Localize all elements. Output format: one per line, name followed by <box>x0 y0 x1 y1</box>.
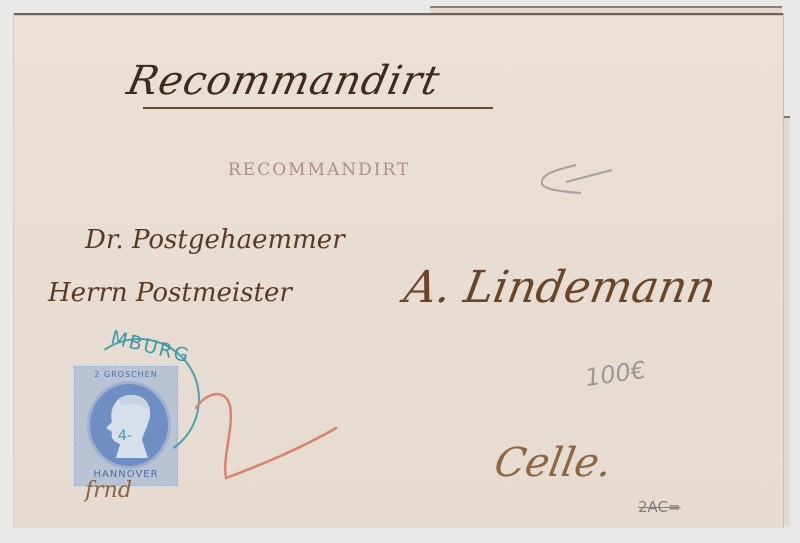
cover-right-flap <box>783 116 790 526</box>
address-line-1: Dr. Postgehaemmer <box>85 225 345 255</box>
postmark-date: 4- <box>118 428 132 444</box>
destination-city: Celle. <box>491 440 615 486</box>
pencil-code-note: 2AC= <box>638 498 681 516</box>
addressee-name: A. Lindemann <box>401 262 720 313</box>
signature-under-stamp: frnd <box>85 478 132 503</box>
registered-handwritten-label: Recommandirt <box>123 58 444 104</box>
registered-underline <box>143 107 493 109</box>
address-line-2: Herrn Postmeister <box>48 278 292 308</box>
red-crayon-mark-icon <box>188 388 348 483</box>
pencil-arrow-icon <box>536 160 616 200</box>
registered-handstamp: RECOMMANDIRT <box>228 160 410 180</box>
